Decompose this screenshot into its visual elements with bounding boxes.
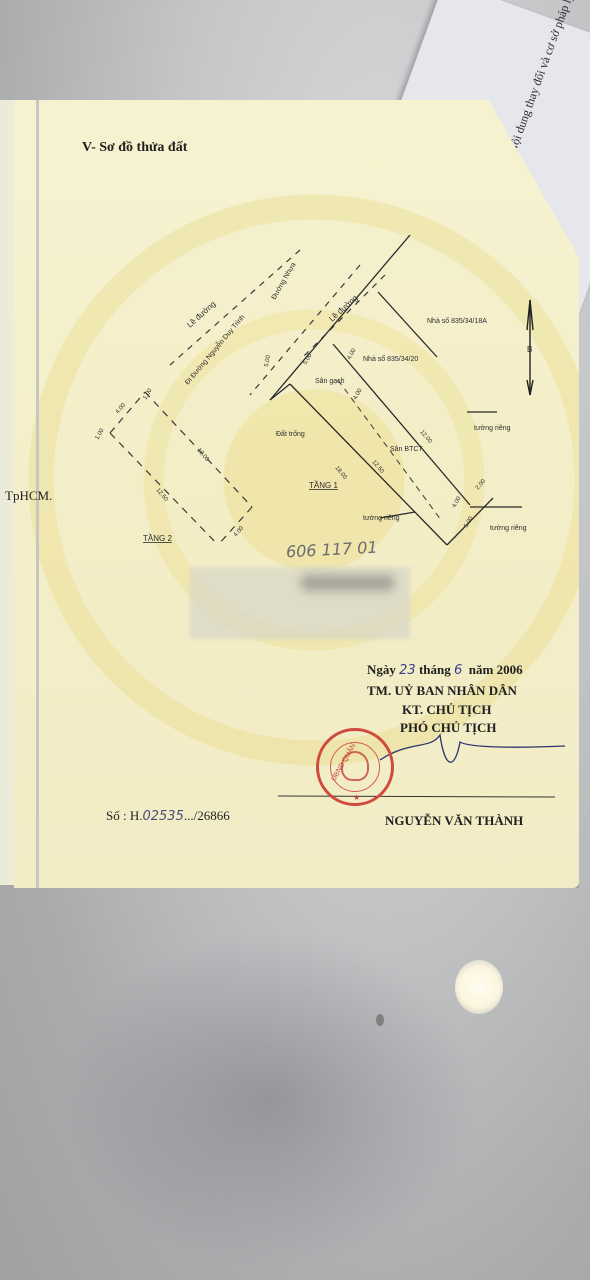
table-speck (376, 1014, 384, 1026)
signature-icon (0, 0, 590, 900)
serial-number: Số : H.02535.../26866 (106, 808, 230, 824)
serial-suffix: .../26866 (184, 808, 230, 823)
official-stamp-icon: UBND QUẬN ★ (316, 728, 394, 806)
table-shadow (60, 930, 480, 1270)
signer-name: NGUYỄN VĂN THÀNH (385, 813, 523, 829)
serial-prefix: Số : H. (106, 808, 142, 823)
serial-handwritten: 02535 (142, 809, 183, 824)
light-glare (455, 960, 503, 1014)
